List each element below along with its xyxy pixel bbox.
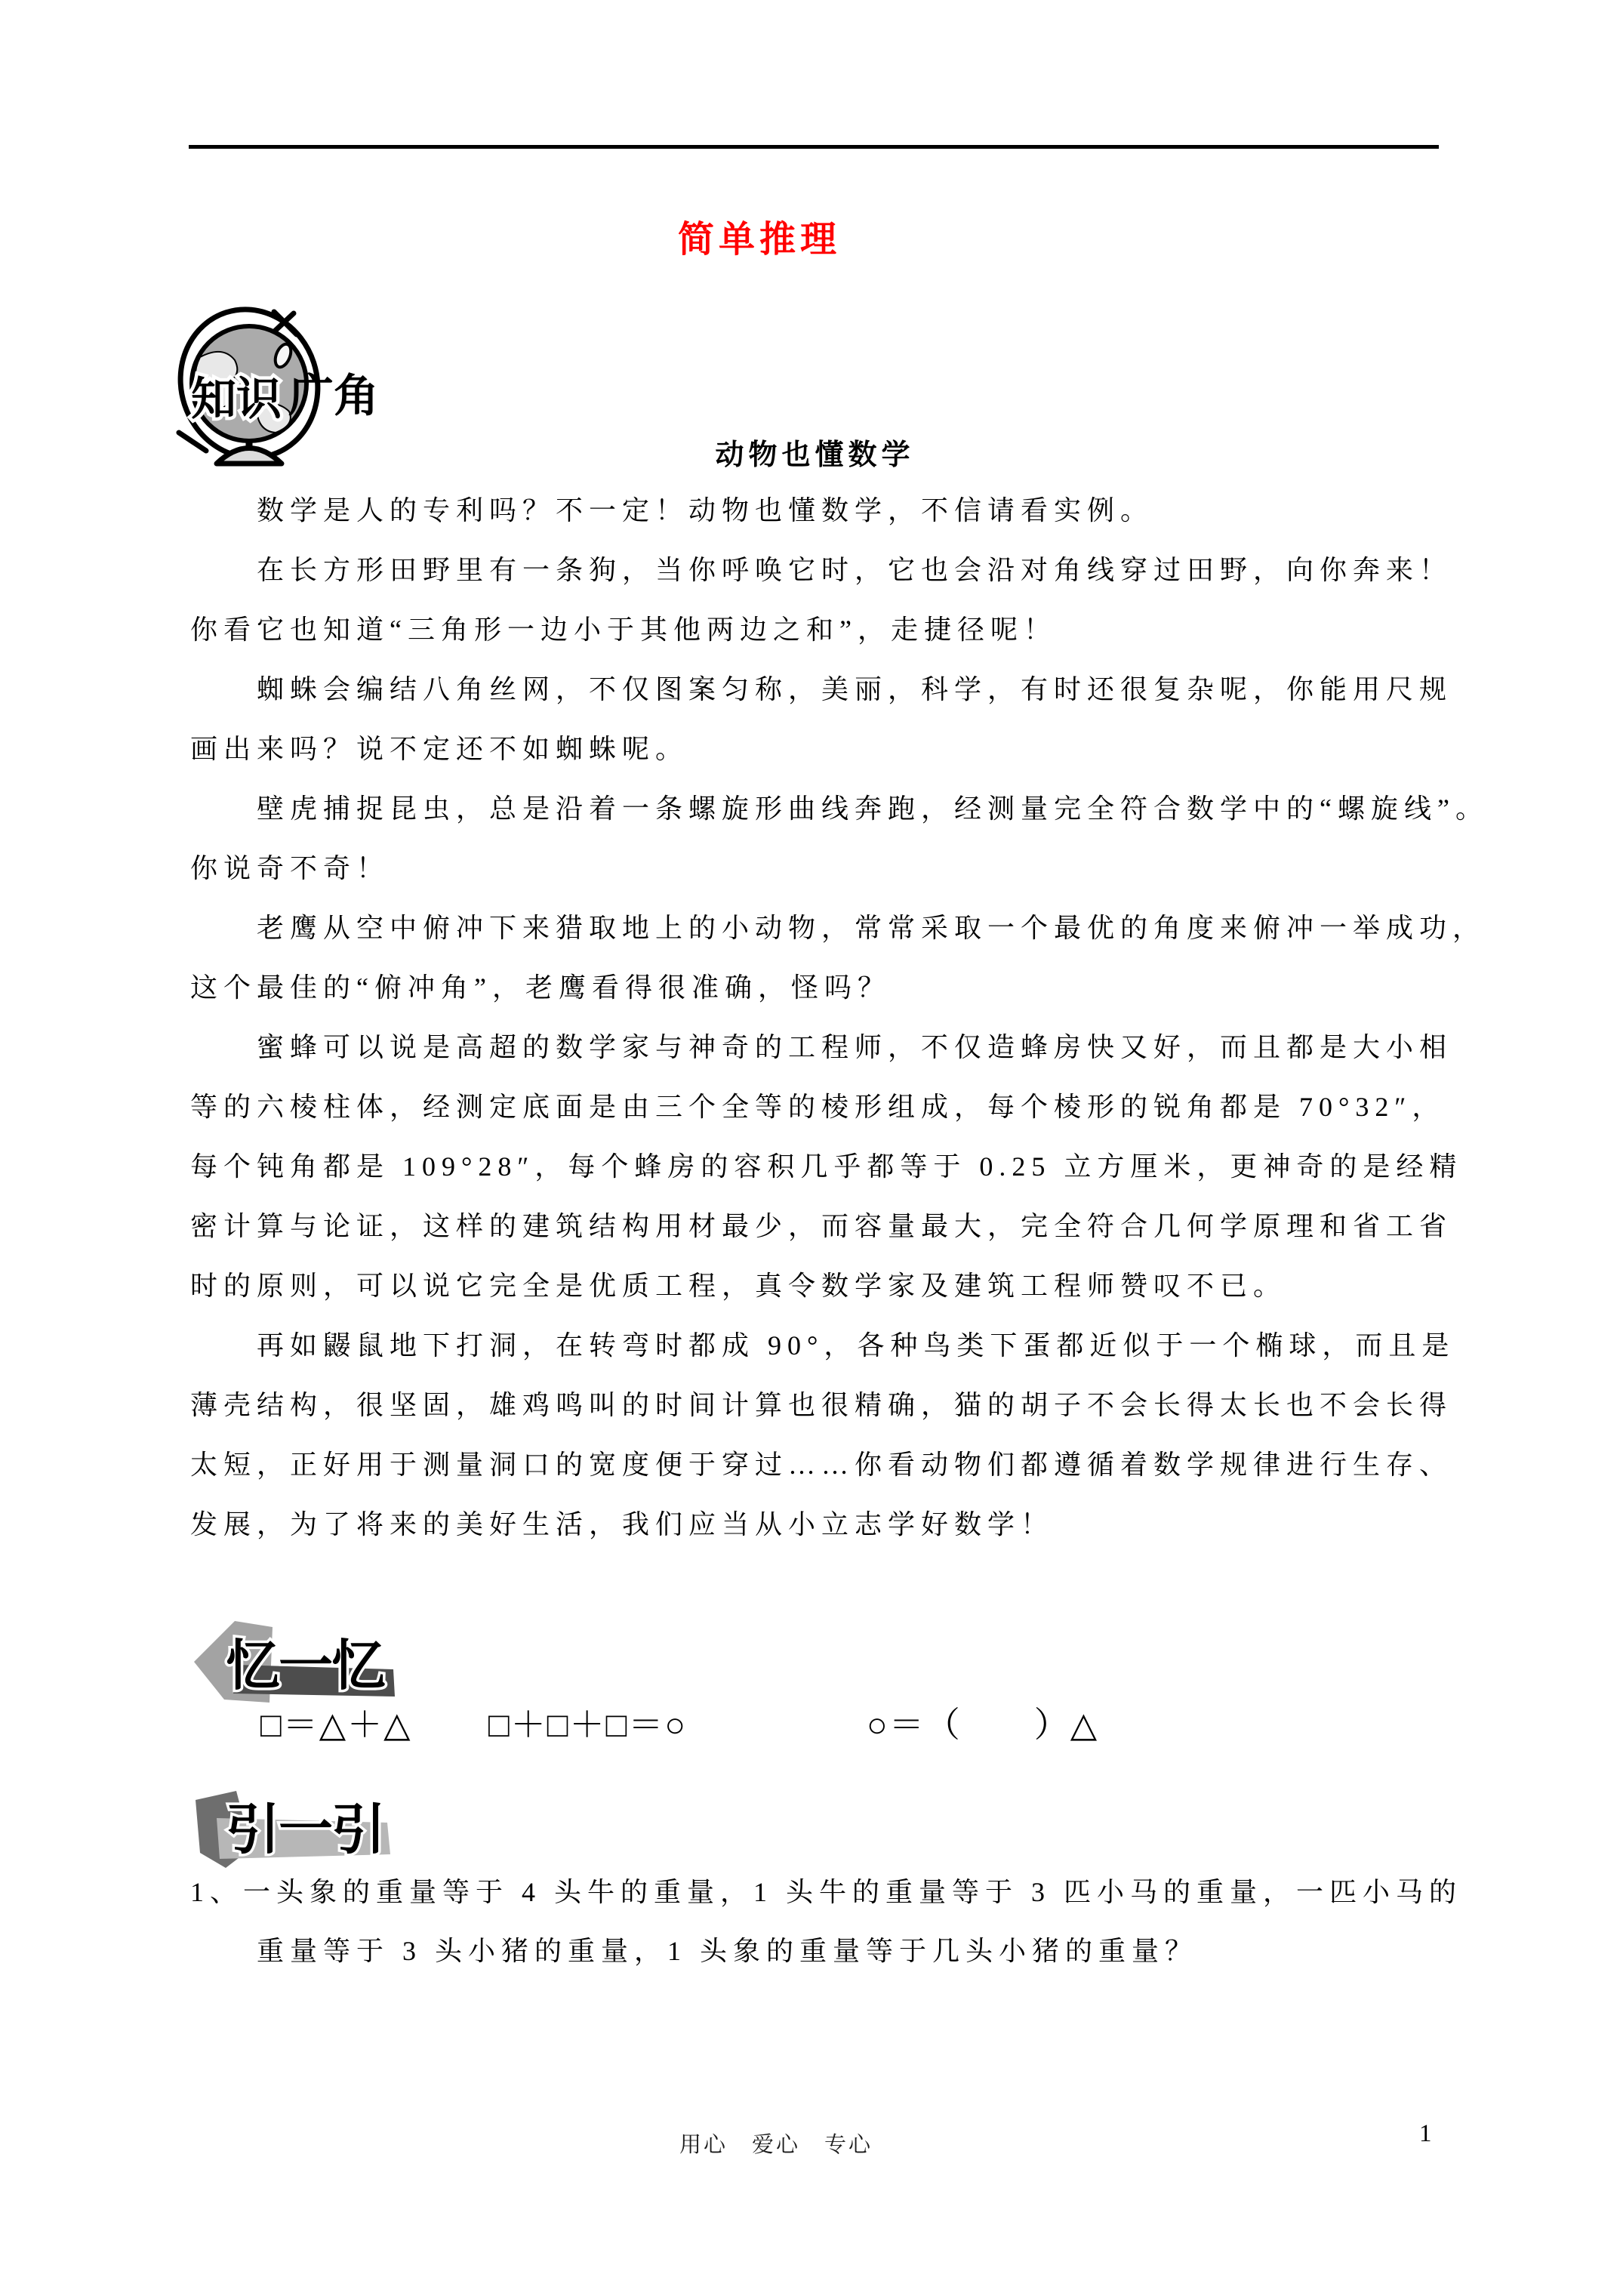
header-rule: [189, 145, 1439, 149]
body-line: 蜘蛛会编结八角丝网，不仅图案匀称，美丽，科学，有时还很复杂呢，你能用尺规: [190, 660, 1458, 720]
body-line: 你看它也知道“三角形一边小于其他两边之和”，走捷径呢！: [190, 600, 1458, 660]
body-line: 蜜蜂可以说是高超的数学家与神奇的工程师，不仅造蜂房快又好，而且都是大小相: [190, 1018, 1458, 1077]
body-line: 再如鼹鼠地下打洞，在转弯时都成 90°，各种鸟类下蛋都近似于一个椭球，而且是: [190, 1316, 1458, 1376]
question-1: 1、一头象的重量等于 4 头牛的重量，1 头牛的重量等于 3 匹小马的重量，一匹…: [190, 1863, 1474, 1980]
body-line: 密计算与论证，这样的建筑结构用材最少，而容量最大，完全符合几何学原理和省工省: [190, 1197, 1458, 1256]
recall-badge-icon: 忆一忆: [192, 1616, 400, 1709]
guide-badge-icon: 引一引: [192, 1779, 400, 1871]
body-line: 发展，为了将来的美好生活，我们应当从小立志学好数学！: [190, 1495, 1458, 1555]
question-line: 1、一头象的重量等于 4 头牛的重量，1 头牛的重量等于 3 匹小马的重量，一匹…: [190, 1863, 1474, 1922]
body-line: 在长方形田野里有一条狗，当你呼唤它时，它也会沿对角线穿过田野，向你奔来！: [190, 541, 1458, 600]
body-line: 数学是人的专利吗？不一定！动物也懂数学，不信请看实例。: [190, 481, 1458, 541]
recall-badge-label: 忆一忆: [226, 1634, 385, 1697]
body-line: 画出来吗？说不定还不如蜘蛛呢。: [190, 720, 1458, 779]
formula-squares-circle: □＋□＋□＝○: [488, 1697, 687, 1747]
body-line: 这个最佳的“俯冲角”，老鹰看得很准确，怪吗？: [190, 958, 1458, 1018]
guide-badge-label: 引一引: [226, 1798, 384, 1861]
formula-circle-blank-triangle: ○＝（ ）△: [867, 1697, 1098, 1747]
body-line: 等的六棱柱体，经测定底面是由三个全等的棱形组成，每个棱形的锐角都是 70°32″…: [190, 1077, 1458, 1137]
body-line: 老鹰从空中俯冲下来猎取地上的小动物，常常采取一个最优的角度来俯冲一举成功，: [190, 898, 1458, 958]
page-title: 简单推理: [678, 210, 841, 262]
article-body: 数学是人的专利吗？不一定！动物也懂数学，不信请看实例。 在长方形田野里有一条狗，…: [190, 481, 1458, 1555]
guide-badge: 引一引: [192, 1779, 400, 1871]
footer-motto: 用心 爱心 专心: [679, 2128, 873, 2159]
body-line: 太短，正好用于测量洞口的宽度便于穿过……你看动物们都遵循着数学规律进行生存、: [190, 1435, 1458, 1495]
question-line: 重量等于 3 头小猪的重量，1 头象的重量等于几头小猪的重量？: [190, 1922, 1474, 1980]
page-number: 1: [1419, 2120, 1432, 2148]
body-line: 薄壳结构，很坚固，雄鸡鸣叫的时间计算也很精确，猫的胡子不会长得太长也不会长得: [190, 1376, 1458, 1435]
article-heading: 动物也懂数学: [190, 431, 1440, 473]
formula-square-triangles: □＝△＋△: [260, 1697, 412, 1747]
document-page: 简单推理 知识 广角 动物也懂数学 数学是人的专利吗？不一定！动物也懂数学，不信…: [0, 0, 1623, 2296]
body-line: 每个钝角都是 109°28″，每个蜂房的容积几乎都等于 0.25 立方厘米，更神…: [190, 1137, 1458, 1197]
badge-wide-label: 广角: [288, 370, 379, 423]
formula-row: □＝△＋△ □＋□＋□＝○ ○＝（ ）△: [0, 1697, 1623, 1746]
badge-globe-label: 知识: [191, 373, 282, 426]
recall-badge: 忆一忆: [192, 1616, 400, 1709]
body-line: 时的原则，可以说它完全是优质工程，真令数学家及建筑工程师赞叹不已。: [190, 1256, 1458, 1316]
body-line: 壁虎捕捉昆虫，总是沿着一条螺旋形曲线奔跑，经测量完全符合数学中的“螺旋线”。: [190, 779, 1458, 839]
body-line: 你说奇不奇！: [190, 839, 1458, 898]
